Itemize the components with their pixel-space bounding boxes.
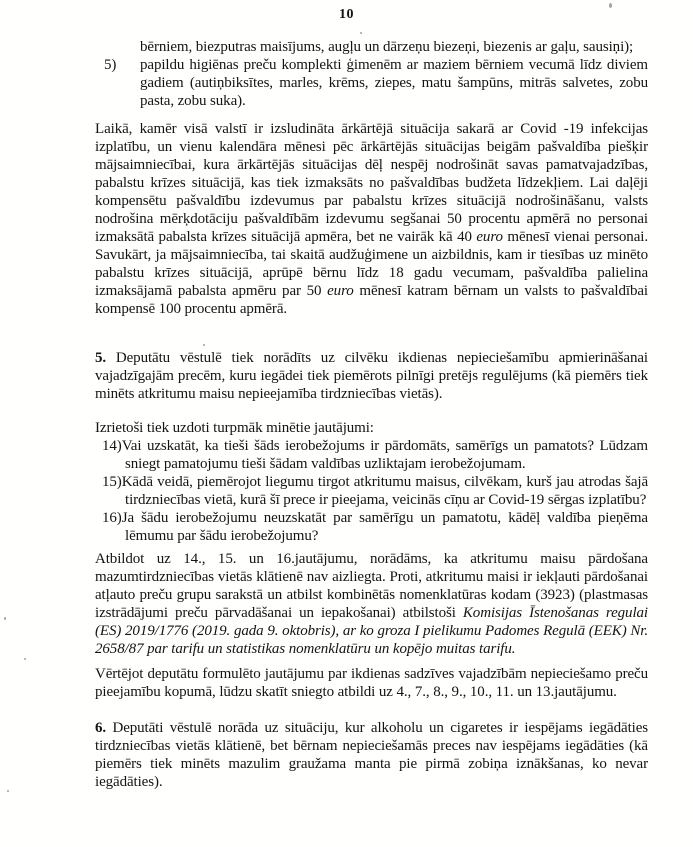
question-14-text: Vai uzskatāt, ka tieši šāds ierobežojums… [122,438,648,472]
paragraph-section-5: 5. Deputātu vēstulē tiek norādīts uz cil… [95,349,648,403]
question-16-text: Ja šādu ierobežojumu neuzskatāt par samē… [122,510,648,544]
paragraph-answer-14-16: Atbildot uz 14., 15. un 16.jautājumu, no… [95,550,648,658]
question-15-marker: 15) [102,474,122,490]
question-15-text: Kādā veidā, piemērojot liegumu tirgot at… [122,474,648,508]
question-15: 15)Kādā veidā, piemērojot liegumu tirgot… [102,473,648,509]
paragraph-section-6: 6. Deputāti vēstulē norāda uz situāciju,… [95,719,648,791]
list-item-5-marker: 5) [104,56,116,74]
scan-speck [203,344,205,346]
question-16: 16)Ja šādu ierobežojumu neuzskatāt par s… [102,509,648,545]
euro-term-2: euro [327,283,354,299]
crisis-text-1: Laikā, kamēr visā valstī ir izsludināta … [95,121,648,245]
paragraph-closing-reference: Vērtējot deputātu formulēto jautājumu pa… [95,665,648,701]
scan-speck [7,790,9,792]
scan-speck [24,658,26,660]
document-page: 10 bērniem, biezputras maisījums, augļu … [0,0,693,847]
questions-intro: Izrietoši tiek uzdoti turpmāk minētie ja… [95,419,648,437]
page-number: 10 [0,0,693,24]
section-6-number: 6. [95,720,106,736]
scan-speck [360,32,362,34]
scan-speck [609,3,612,8]
euro-term-1: euro [476,229,503,245]
question-14-marker: 14) [102,438,122,454]
scan-speck [4,617,6,620]
question-16-marker: 16) [102,510,122,526]
paragraph-crisis-benefit: Laikā, kamēr visā valstī ir izsludināta … [95,120,648,318]
document-content: bērniem, biezputras maisījums, augļu un … [95,38,648,791]
section-6-text: Deputāti vēstulē norāda uz situāciju, ku… [95,720,648,790]
list-item-5: 5)papildu higiēnas preču komplekti ģimen… [140,56,648,110]
section-5-number: 5. [95,350,106,366]
section-5-text: Deputātu vēstulē tiek norādīts uz cilvēk… [95,350,648,402]
list-item-4-continuation: bērniem, biezputras maisījums, augļu un … [140,38,648,56]
list-item-5-text: papildu higiēnas preču komplekti ģimenēm… [140,57,648,109]
question-14: 14)Vai uzskatāt, ka tieši šāds ierobežoj… [102,437,648,473]
questions-list: 14)Vai uzskatāt, ka tieši šāds ierobežoj… [102,437,648,545]
